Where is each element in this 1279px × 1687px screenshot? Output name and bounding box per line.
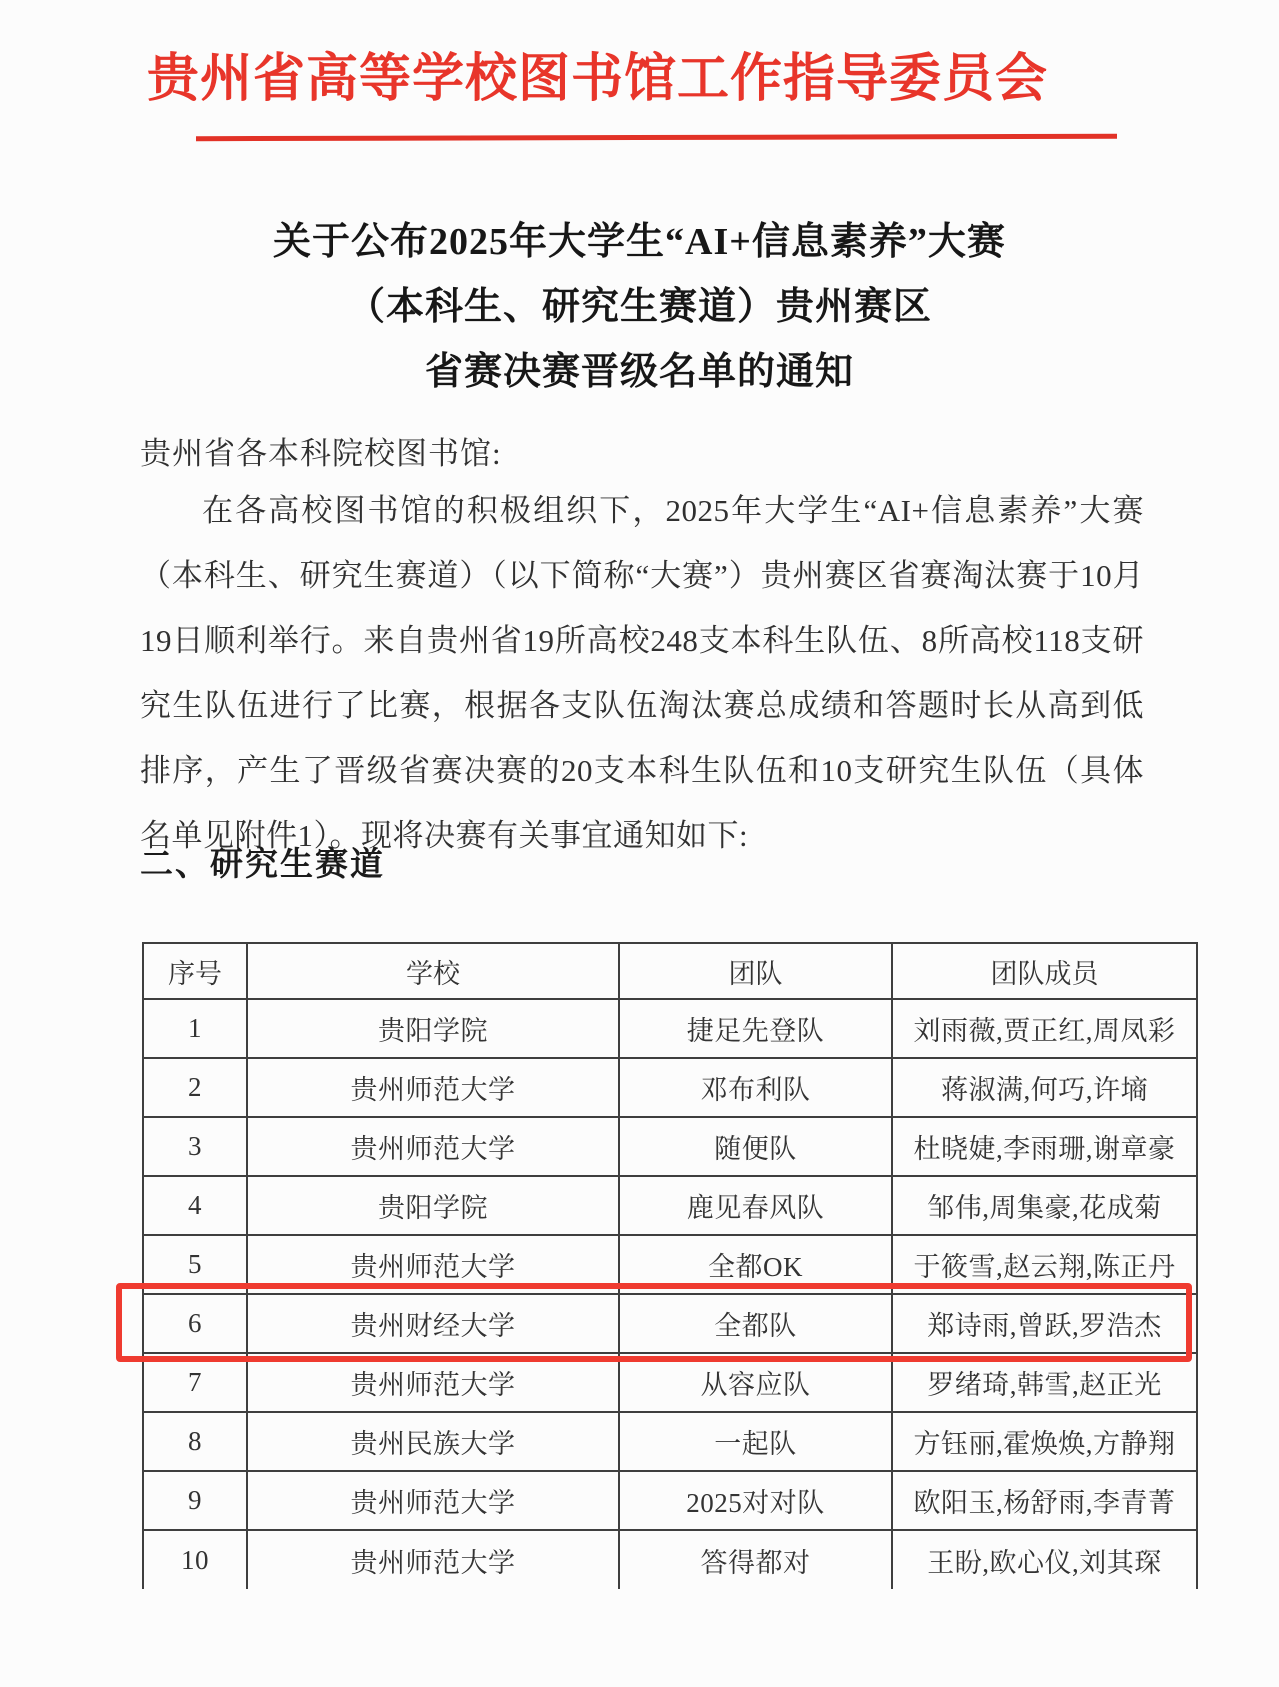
cell-team: 全都OK (619, 1235, 892, 1294)
table-row: 1 贵阳学院 捷足先登队 刘雨薇,贾正红,周凤彩 (143, 999, 1197, 1058)
table-header-row: 序号 学校 团队 团队成员 (143, 943, 1197, 999)
cell-team: 捷足先登队 (619, 999, 892, 1058)
cell-school: 贵州师范大学 (247, 1117, 619, 1176)
cell-rank: 2 (143, 1058, 247, 1117)
cell-team: 随便队 (619, 1117, 892, 1176)
title-line-2: （本科生、研究生赛道）贵州赛区 (0, 275, 1279, 340)
cell-team: 答得都对 (619, 1530, 892, 1589)
header-cell-members: 团队成员 (892, 943, 1197, 999)
cell-school: 贵州师范大学 (247, 1353, 619, 1412)
cell-members: 蒋淑满,何巧,许墒 (892, 1058, 1197, 1117)
table-row: 5 贵州师范大学 全都OK 于筱雪,赵云翔,陈正丹 (143, 1235, 1197, 1294)
cell-team: 全都队 (619, 1294, 892, 1353)
header-cell-school: 学校 (247, 943, 619, 999)
notice-title: 关于公布2025年大学生“AI+信息素养”大赛 （本科生、研究生赛道）贵州赛区 … (0, 210, 1279, 405)
table-row: 3 贵州师范大学 随便队 杜晓婕,李雨珊,谢章豪 (143, 1117, 1197, 1176)
table-row-highlighted: 6 贵州财经大学 全都队 郑诗雨,曾跃,罗浩杰 (143, 1294, 1197, 1353)
cell-members: 于筱雪,赵云翔,陈正丹 (892, 1235, 1197, 1294)
table-row: 4 贵阳学院 鹿见春风队 邹伟,周集豪,花成菊 (143, 1176, 1197, 1235)
cell-school: 贵阳学院 (247, 1176, 619, 1235)
cell-rank: 7 (143, 1353, 247, 1412)
cell-rank: 5 (143, 1235, 247, 1294)
header-underline (196, 134, 1117, 141)
cell-school: 贵州师范大学 (247, 1235, 619, 1294)
cell-rank: 8 (143, 1412, 247, 1471)
title-line-3: 省赛决赛晋级名单的通知 (0, 340, 1279, 405)
cell-school: 贵州师范大学 (247, 1058, 619, 1117)
cell-rank: 9 (143, 1471, 247, 1530)
cell-members: 王盼,欧心仪,刘其琛 (892, 1530, 1197, 1589)
cell-team: 一起队 (619, 1412, 892, 1471)
cell-team: 从容应队 (619, 1353, 892, 1412)
table-row: 10 贵州师范大学 答得都对 王盼,欧心仪,刘其琛 (143, 1530, 1197, 1589)
results-table-container: 序号 学校 团队 团队成员 1 贵阳学院 捷足先登队 刘雨薇,贾正红,周凤彩 2… (142, 942, 1196, 1589)
title-line-1: 关于公布2025年大学生“AI+信息素养”大赛 (0, 210, 1279, 275)
cell-school: 贵州师范大学 (247, 1471, 619, 1530)
cell-rank: 10 (143, 1530, 247, 1589)
cell-team: 鹿见春风队 (619, 1176, 892, 1235)
cell-rank: 6 (143, 1294, 247, 1353)
notice-document: 贵州省高等学校图书馆工作指导委员会 关于公布2025年大学生“AI+信息素养”大… (0, 0, 1279, 1687)
table-row: 9 贵州师范大学 2025对对队 欧阳玉,杨舒雨,李青菁 (143, 1471, 1197, 1530)
org-header: 贵州省高等学校图书馆工作指导委员会 (0, 36, 1279, 111)
cell-team: 2025对对队 (619, 1471, 892, 1530)
cell-school: 贵阳学院 (247, 999, 619, 1058)
cell-members: 刘雨薇,贾正红,周凤彩 (892, 999, 1197, 1058)
table-row: 7 贵州师范大学 从容应队 罗绪琦,韩雪,赵正光 (143, 1353, 1197, 1412)
section-heading-graduate-track: 二、研究生赛道 (140, 838, 385, 885)
header-cell-rank: 序号 (143, 943, 247, 999)
cell-members: 邹伟,周集豪,花成菊 (892, 1176, 1197, 1235)
cell-school: 贵州民族大学 (247, 1412, 619, 1471)
cell-rank: 3 (143, 1117, 247, 1176)
cell-school: 贵州财经大学 (247, 1294, 619, 1353)
cell-members: 欧阳玉,杨舒雨,李青菁 (892, 1471, 1197, 1530)
header-cell-team: 团队 (619, 943, 892, 999)
table-row: 8 贵州民族大学 一起队 方钰丽,霍焕焕,方静翔 (143, 1412, 1197, 1471)
cell-members: 郑诗雨,曾跃,罗浩杰 (892, 1294, 1197, 1353)
cell-rank: 1 (143, 999, 247, 1058)
table-row: 2 贵州师范大学 邓布利队 蒋淑满,何巧,许墒 (143, 1058, 1197, 1117)
cell-members: 罗绪琦,韩雪,赵正光 (892, 1353, 1197, 1412)
cell-school: 贵州师范大学 (247, 1530, 619, 1589)
results-table: 序号 学校 团队 团队成员 1 贵阳学院 捷足先登队 刘雨薇,贾正红,周凤彩 2… (142, 942, 1198, 1589)
cell-members: 杜晓婕,李雨珊,谢章豪 (892, 1117, 1197, 1176)
salutation: 贵州省各本科院校图书馆: (140, 428, 502, 473)
cell-members: 方钰丽,霍焕焕,方静翔 (892, 1412, 1197, 1471)
cell-rank: 4 (143, 1176, 247, 1235)
cell-team: 邓布利队 (619, 1058, 892, 1117)
body-paragraph: 在各高校图书馆的积极组织下，2025年大学生“AI+信息素养”大赛（本科生、研究… (140, 478, 1144, 868)
